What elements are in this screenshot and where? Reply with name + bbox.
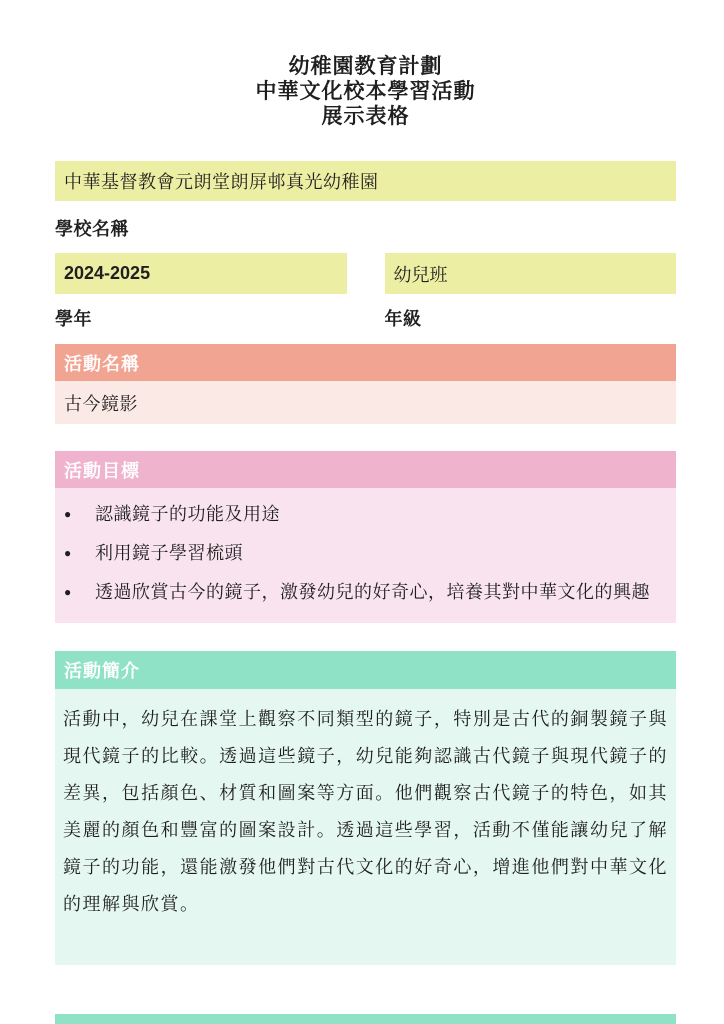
activity-name-section: 活動名稱 古今鏡影 [55,344,676,424]
objective-item: ● 利用鏡子學習梳頭 [55,542,666,568]
activity-introduction-header: 活動簡介 [55,651,676,689]
bullet-icon: ● [55,503,95,526]
activity-introduction-body: 活動中，幼兒在課堂上觀察不同類型的鏡子，特別是古代的銅製鏡子與現代鏡子的比較。透… [55,689,676,965]
activity-name-header: 活動名稱 [55,344,676,381]
objective-text: 認識鏡子的功能及用途 [95,499,666,529]
grade-value: 幼兒班 [394,261,448,287]
school-year-column: 2024-2025 學年 [55,253,347,331]
bullet-icon: ● [55,581,95,604]
school-name-label: 學校名稱 [55,215,676,241]
objective-item: ● 認識鏡子的功能及用途 [55,503,666,529]
activity-objectives-section: 活動目標 ● 認識鏡子的功能及用途 ● 利用鏡子學習梳頭 ● 透過欣賞古今的鏡子… [55,451,676,623]
form-page: 幼稚園教育計劃 中華文化校本學習活動 展示表格 中華基督教會元朗堂朗屏邨真光幼稚… [0,0,724,1024]
next-section-header-cutoff [55,1014,676,1024]
activity-objectives-header: 活動目標 [55,451,676,488]
grade-column: 幼兒班 年級 [385,253,677,331]
school-year-box: 2024-2025 [55,253,347,294]
document-title-line-2: 中華文化校本學習活動 [55,79,676,104]
grade-box: 幼兒班 [385,253,677,294]
activity-objectives-body: ● 認識鏡子的功能及用途 ● 利用鏡子學習梳頭 ● 透過欣賞古今的鏡子，激發幼兒… [55,488,676,623]
document-title: 幼稚園教育計劃 中華文化校本學習活動 展示表格 [55,0,676,129]
activity-introduction-text: 活動中，幼兒在課堂上觀察不同類型的鏡子，特別是古代的銅製鏡子與現代鏡子的比較。透… [63,709,668,914]
school-year-value: 2024-2025 [64,263,150,284]
objective-list: ● 認識鏡子的功能及用途 ● 利用鏡子學習梳頭 ● 透過欣賞古今的鏡子，激發幼兒… [55,503,666,607]
document-title-line-1: 幼稚園教育計劃 [55,54,676,79]
school-name-value: 中華基督教會元朗堂朗屏邨真光幼稚園 [64,168,379,194]
objective-text: 利用鏡子學習梳頭 [95,538,666,568]
objective-text: 透過欣賞古今的鏡子，激發幼兒的好奇心，培養其對中華文化的興趣 [95,577,666,607]
objective-item: ● 透過欣賞古今的鏡子，激發幼兒的好奇心，培養其對中華文化的興趣 [55,581,666,607]
year-grade-row: 2024-2025 學年 幼兒班 年級 [55,253,676,331]
school-year-label: 學年 [55,305,347,331]
activity-introduction-section: 活動簡介 活動中，幼兒在課堂上觀察不同類型的鏡子，特別是古代的銅製鏡子與現代鏡子… [55,651,676,965]
school-name-box: 中華基督教會元朗堂朗屏邨真光幼稚園 [55,161,676,201]
activity-name-body: 古今鏡影 [55,381,676,424]
activity-name-value: 古今鏡影 [64,390,138,416]
grade-label: 年級 [385,305,677,331]
document-title-line-3: 展示表格 [55,104,676,129]
bullet-icon: ● [55,542,95,565]
